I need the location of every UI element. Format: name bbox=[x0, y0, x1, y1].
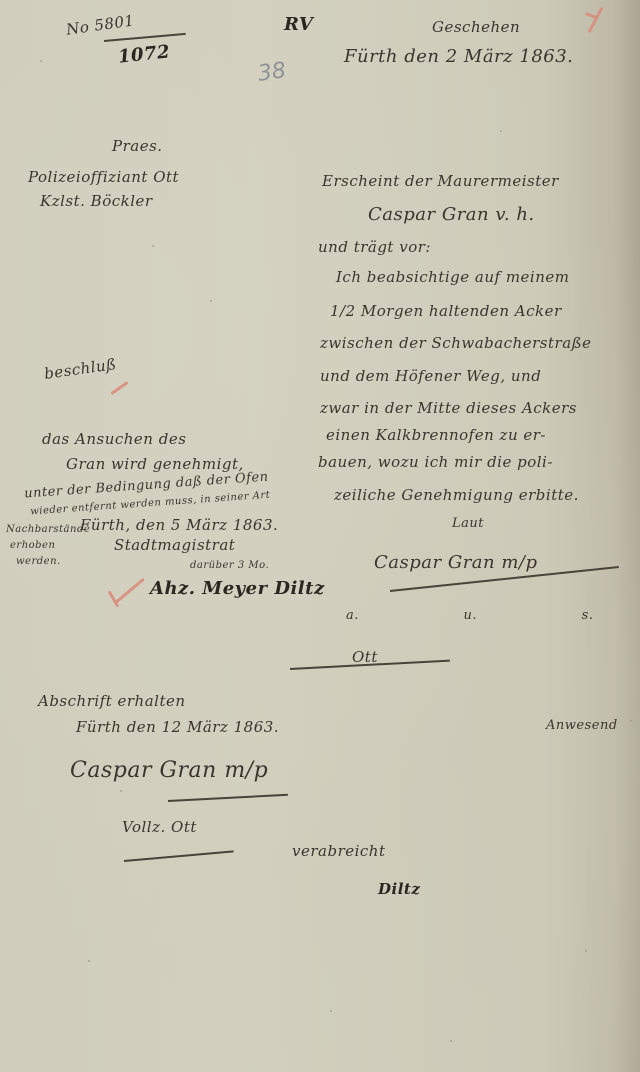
paper-speck bbox=[630, 720, 632, 722]
request-line: bauen, wozu ich mir die poli- bbox=[318, 453, 553, 471]
request-line: zwar in der Mitte dieses Ackers bbox=[320, 399, 577, 417]
paper-speck bbox=[88, 960, 90, 962]
magistrat-signature: Ahz. Meyer Diltz bbox=[150, 578, 325, 599]
margin-note-line: erhoben bbox=[10, 540, 55, 551]
paper-speck bbox=[40, 60, 42, 62]
heading-geschehen: Geschehen bbox=[432, 18, 520, 36]
red-slash-mark bbox=[110, 381, 128, 395]
applicant-signature: Caspar Gran m/p bbox=[374, 552, 538, 573]
place-date: Fürth den 2 März 1863. bbox=[344, 46, 573, 67]
request-line: zeiliche Genehmigung erbitte. bbox=[334, 486, 579, 504]
decision-line: Gran wird genehmigt, bbox=[66, 455, 244, 473]
request-line: Ich beabsichtige auf meinem bbox=[336, 268, 570, 286]
attestation: a. u. s. bbox=[346, 608, 593, 623]
paper-speck bbox=[450, 1040, 452, 1042]
official-line-2: Kzlst. Böckler bbox=[40, 192, 153, 210]
request-line: einen Kalkbrennofen zu er- bbox=[326, 426, 546, 444]
side-note-anwesend: Anwesend bbox=[546, 718, 618, 733]
receipt-line-1: Abschrift erhalten bbox=[38, 692, 186, 710]
paper-speck bbox=[585, 950, 587, 952]
appearance-line-2: Caspar Gran v. h. bbox=[368, 204, 535, 225]
receipt-date: Fürth den 12 März 1863. bbox=[76, 718, 279, 736]
paper-speck bbox=[120, 790, 122, 792]
decision-date: Fürth, den 5 März 1863. bbox=[80, 516, 278, 534]
vollzug-flourish bbox=[124, 850, 234, 861]
request-line: und dem Höfener Weg, und bbox=[320, 367, 541, 385]
request-line: 1/2 Morgen haltenden Acker bbox=[330, 302, 562, 320]
red-check-mark bbox=[114, 578, 145, 605]
margin-note-line: Nachbarstände bbox=[6, 524, 90, 535]
praes-label: Praes. bbox=[112, 137, 163, 155]
red-check-mark bbox=[588, 7, 604, 33]
magistrat-label: Stadtmagistrat bbox=[114, 536, 235, 554]
receipt-signature: Caspar Gran m/p bbox=[70, 758, 268, 783]
magistrat-sub: darüber 3 Mo. bbox=[190, 560, 269, 571]
receipt-signature-flourish bbox=[168, 794, 288, 802]
mark-top: RV bbox=[284, 14, 313, 35]
pencil-number: 38 bbox=[256, 58, 287, 87]
paper-speck bbox=[500, 130, 502, 132]
decision-line: das Ansuchen des bbox=[42, 430, 186, 448]
paper-speck bbox=[152, 245, 154, 247]
red-check-mark bbox=[585, 12, 597, 19]
number-label: No 5801 bbox=[65, 11, 135, 38]
paper-speck bbox=[210, 300, 212, 302]
appearance-line-1: Erscheint der Maurermeister bbox=[322, 172, 559, 190]
paper-speck bbox=[330, 1010, 332, 1012]
appearance-line-3: und trägt vor: bbox=[318, 238, 431, 256]
document-page: No 5801 1072 RV 38 Geschehen Fürth den 2… bbox=[0, 0, 640, 1072]
decision-heading: beschluß bbox=[43, 355, 118, 383]
vermerk-verabreicht: verabreicht bbox=[292, 842, 386, 860]
margin-note-line: werden. bbox=[16, 556, 61, 567]
number-underline bbox=[104, 33, 186, 42]
official-line-1: Polizeioffiziant Ott bbox=[28, 168, 179, 186]
vollzug-note: Vollz. Ott bbox=[122, 818, 197, 836]
closing-laut: Laut bbox=[452, 516, 484, 531]
request-line: zwischen der Schwabacherstraße bbox=[320, 334, 592, 352]
final-signature: Diltz bbox=[378, 880, 420, 898]
file-number: 1072 bbox=[117, 41, 171, 67]
